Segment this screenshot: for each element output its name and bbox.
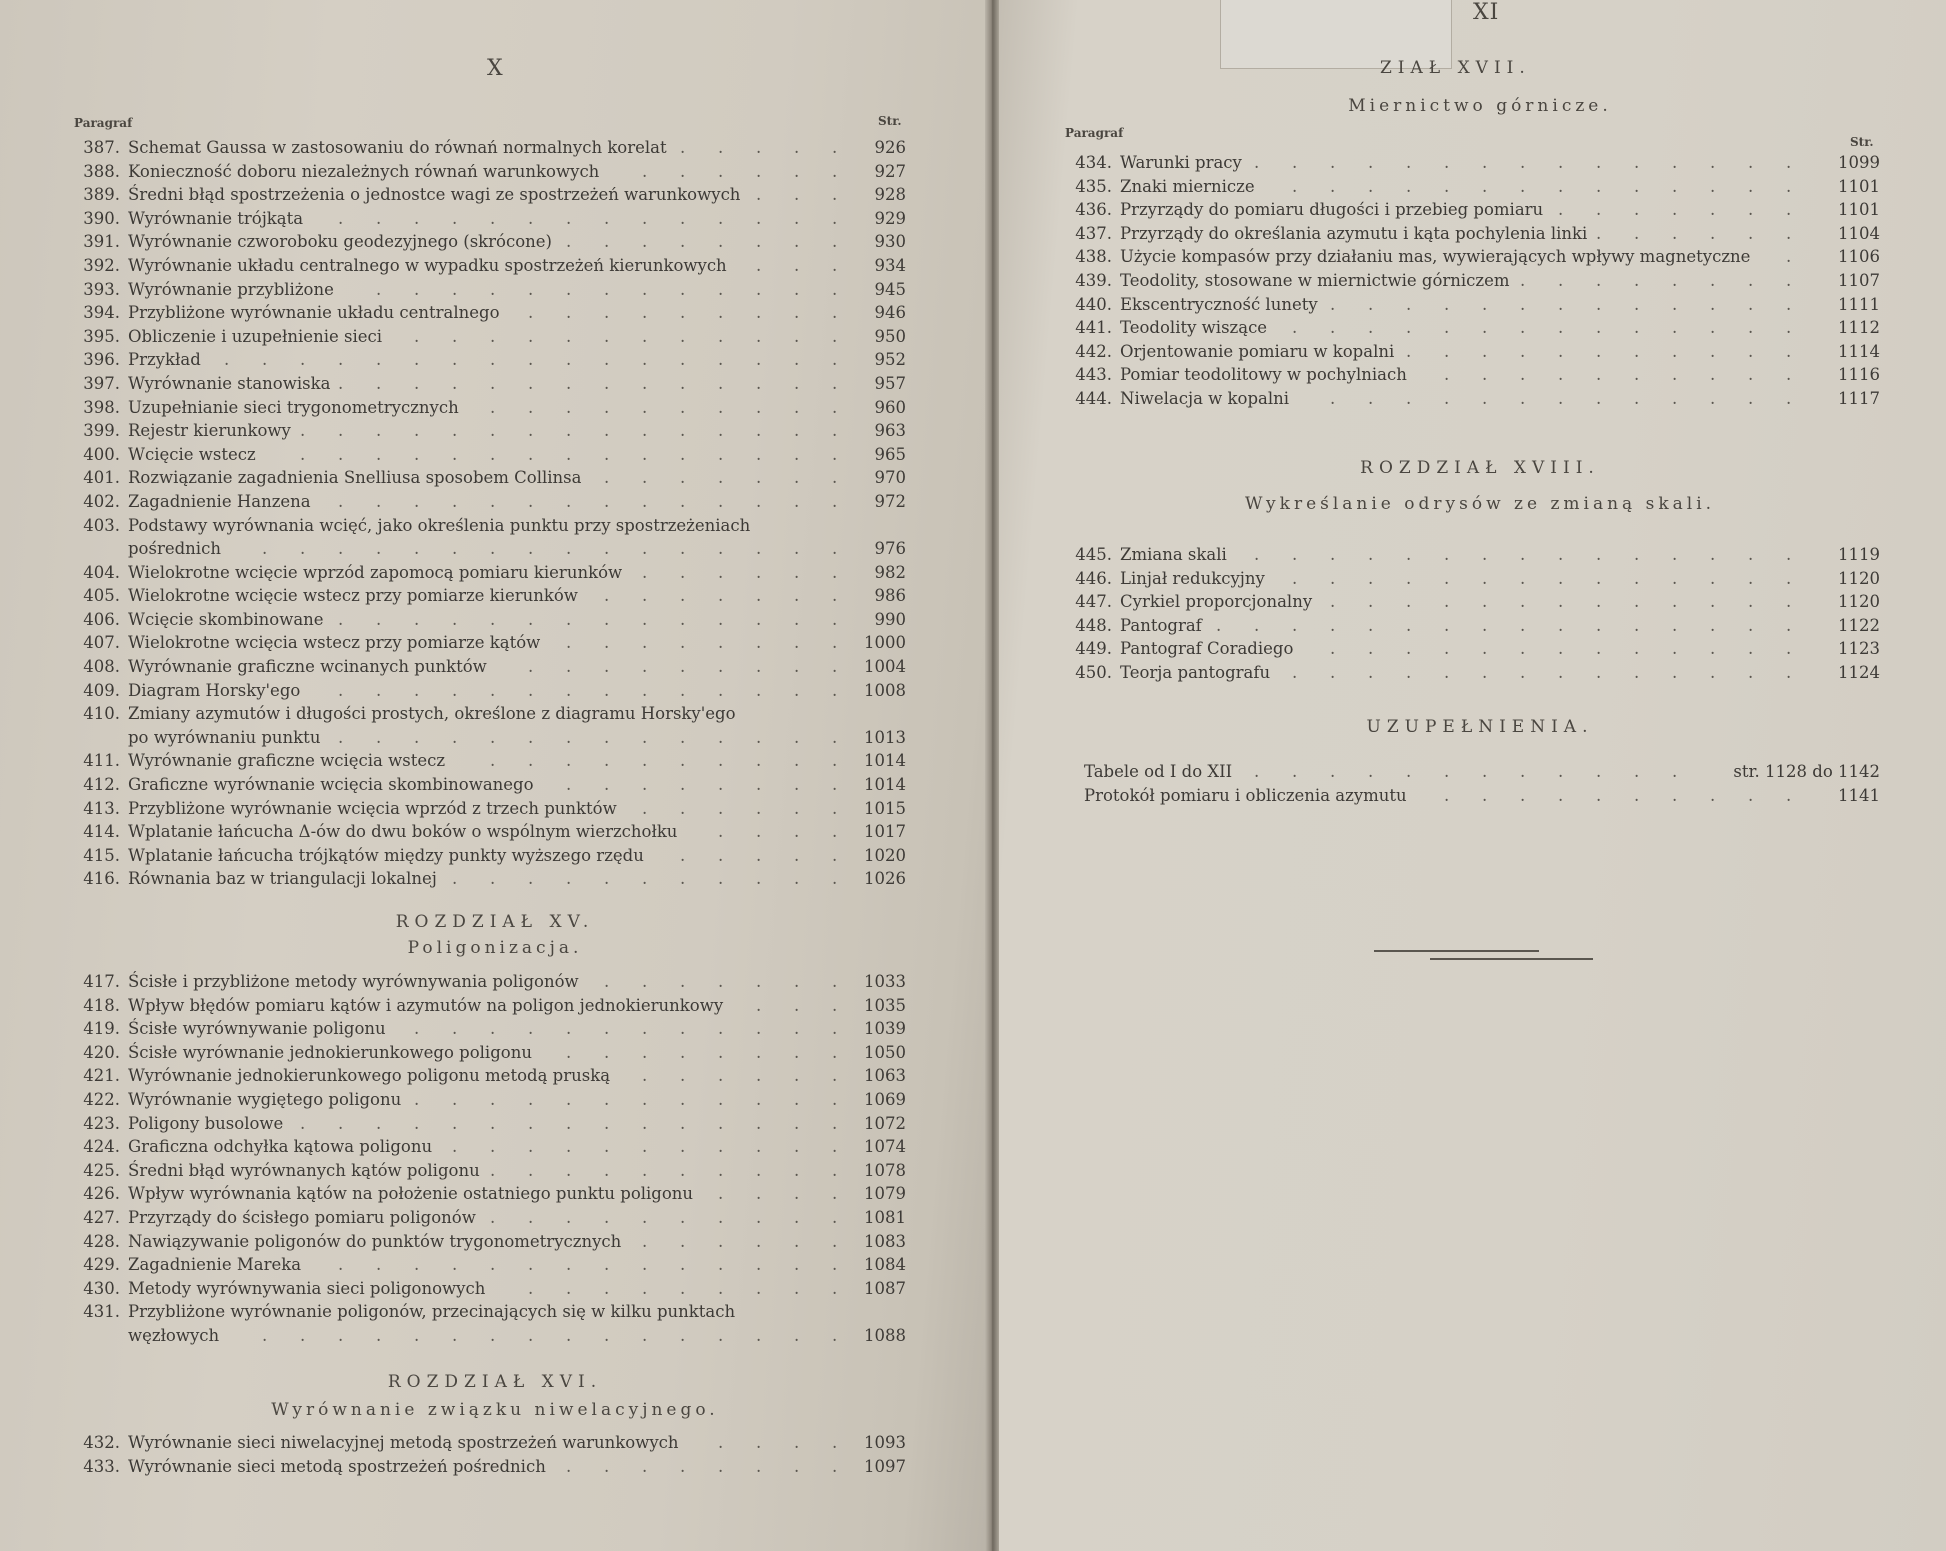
paragraph-number: 449. [1064,637,1112,661]
leader-dots: ...... [642,797,870,821]
paragraph-number: 440. [1064,293,1112,317]
toc-entry: 391.Wyrównanie czworoboku geodezyjnego (… [72,230,906,254]
paragraph-number: 403. [72,514,120,538]
leader-dots: .......... [490,1159,870,1183]
leader-dots: ..... [680,136,870,160]
page-number: 930 [846,230,906,254]
entry-title: Cyrkiel proporcjonalny [1120,590,1312,614]
paragraph-number: 422. [72,1088,120,1112]
entry-title: Teodolity, stosowane w miernictwie górni… [1120,269,1510,293]
page-number: 1013 [846,726,906,750]
toc-entry: 394.Przybliżone wyrównanie układu centra… [72,301,906,325]
page-number: 1124 [1820,661,1880,685]
toc-entry: 398.Uzupełnianie sieci trygonometrycznyc… [72,396,906,420]
entry-title: Wyrównanie graficzne wcinanych punktów [128,655,487,679]
toc-entry: 435.Znaki miernicze..............1101 [1064,175,1880,199]
divider-rule-top [1374,950,1539,952]
entry-title: Średni błąd wyrównanych kątów poligonu [128,1159,480,1183]
paragraph-number: 421. [72,1064,120,1088]
paragraph-number: 412. [72,773,120,797]
paragraph-number: 388. [72,160,120,184]
page-number: 1120 [1820,567,1880,591]
entry-title: Zagadnienie Mareka [128,1253,301,1277]
entry-title: Ścisłe wyrównywanie poligonu [128,1017,386,1041]
entry-title: Teodolity wiszące [1120,316,1267,340]
paragraph-number: 441. [1064,316,1112,340]
page-number: 927 [846,160,906,184]
entry-title: Ścisłe i przybliżone metody wyrównywania… [128,970,579,994]
leader-dots: ....... [604,970,870,994]
page-number: 1079 [846,1182,906,1206]
toc-entry: 400.Wcięcie wstecz...............965 [72,443,906,467]
toc-entry: 403.Podstawy wyrównania wcięć, jako okre… [72,514,906,538]
column-header-paragraph-right: Paragraf [1065,126,1123,140]
entry-title: Wyrównanie graficzne wcięcia wstecz [128,749,445,773]
toc-entry: 387.Schemat Gaussa w zastosowaniu do rów… [72,136,906,160]
toc-list-supplements: Tabele od I do XII............str. 1128 … [1064,760,1880,807]
page-number: 965 [846,443,906,467]
page-number: 1000 [846,631,906,655]
toc-entry: 424.Graficzna odchyłka kątowa poligonu..… [72,1135,906,1159]
page-number: 957 [846,372,906,396]
leader-dots: .............. [338,207,870,231]
toc-entry: 393.Wyrównanie przybliżone.............9… [72,278,906,302]
paragraph-number: 406. [72,608,120,632]
entry-title: Warunki pracy [1120,151,1242,175]
paragraph-number: 392. [72,254,120,278]
toc-entry: 418.Wpływ błędów pomiaru kątów i azymutó… [72,994,906,1018]
toc-entry: 413.Przybliżone wyrównanie wcięcia wprzó… [72,797,906,821]
toc-list-chapter-xv: 417.Ścisłe i przybliżone metody wyrównyw… [72,970,906,1348]
paragraph-number: 407. [72,631,120,655]
column-header-page-right: Str. [1850,135,1874,149]
toc-entry: 399.Rejestr kierunkowy...............963 [72,419,906,443]
column-header-page: Str. [878,114,902,128]
toc-list-chapter-xvi: 432.Wyrównanie sieci niwelacyjnej metodą… [72,1431,906,1478]
toc-entry: 407.Wielokrotne wcięcia wstecz przy pomi… [72,631,906,655]
leader-dots: ........ [566,1041,870,1065]
toc-entry: 450.Teorja pantografu..............1124 [1064,661,1880,685]
toc-entry: 390.Wyrównanie trójkąta..............929 [72,207,906,231]
toc-entry: 431.Przybliżone wyrównanie poligonów, pr… [72,1300,906,1324]
toc-entry: 411.Wyrównanie graficzne wcięcia wstecz.… [72,749,906,773]
entry-title: Wielokrotne wcięcie wprzód zapomocą pomi… [128,561,622,585]
paragraph-number: 435. [1064,175,1112,199]
paragraph-number: 444. [1064,387,1112,411]
paragraph-number: 434. [1064,151,1112,175]
page-number: 1020 [846,844,906,868]
page-number: 1017 [846,820,906,844]
entry-title: Przyrządy do ścisłego pomiaru poligonów [128,1206,476,1230]
toc-entry: 448.Pantograf................1122 [1064,614,1880,638]
leader-dots: .............. [338,726,870,750]
entry-title: Podstawy wyrównania wcięć, jako określen… [128,514,750,538]
entry-title: Przybliżone wyrównanie poligonów, przeci… [128,1300,735,1324]
paragraph-number: 395. [72,325,120,349]
leader-dots: ................. [224,348,870,372]
leader-dots: .............. [338,679,870,703]
page-number: 1084 [846,1253,906,1277]
toc-entry: 443.Pomiar teodolitowy w pochylniach....… [1064,363,1880,387]
entry-title: Poligony busolowe [128,1112,283,1136]
entry-title: Przybliżone wyrównanie układu centralneg… [128,301,500,325]
page-number: 1033 [846,970,906,994]
page-number: 1083 [846,1230,906,1254]
page-number: 1015 [846,797,906,821]
paragraph-number: 437. [1064,222,1112,246]
toc-entry: 414.Wplatanie łańcucha Δ-ów do dwu boków… [72,820,906,844]
leader-dots: .............. [338,490,870,514]
leader-dots: .......... [490,749,870,773]
page-number: 1014 [846,749,906,773]
entry-title: Wcięcie skombinowane [128,608,324,632]
page-number: 972 [846,490,906,514]
toc-entry: 425.Średni błąd wyrównanych kątów poligo… [72,1159,906,1183]
entry-title: Zagadnienie Hanzena [128,490,311,514]
page-number: 1074 [846,1135,906,1159]
leader-dots: ...... [642,561,870,585]
toc-entry: po wyrównaniu punktu..............1013 [72,726,906,750]
entry-title: Wyrównanie stanowiska [128,372,330,396]
toc-entry: 423.Poligony busolowe...............1072 [72,1112,906,1136]
entry-title: Przyrządy do pomiaru długości i przebieg… [1120,198,1543,222]
toc-entry: 405.Wielokrotne wcięcie wstecz przy pomi… [72,584,906,608]
toc-entry: 447.Cyrkiel proporcjonalny.............1… [1064,590,1880,614]
leader-dots: ................ [1216,614,1824,638]
entry-title: Rejestr kierunkowy [128,419,291,443]
leader-dots: ............... [300,419,870,443]
leader-dots: ................ [262,1324,870,1348]
page-number: 1008 [846,679,906,703]
toc-entry: 426.Wpływ wyrównania kątów na położenie … [72,1182,906,1206]
page-number: 928 [846,183,906,207]
page-number: 926 [846,136,906,160]
page-number: 945 [846,278,906,302]
toc-entry: 392.Wyrównanie układu centralnego w wypa… [72,254,906,278]
toc-entry: 430.Metody wyrównywania sieci poligonowy… [72,1277,906,1301]
paragraph-number: 397. [72,372,120,396]
page-number: 1101 [1820,198,1880,222]
page-number: 1063 [846,1064,906,1088]
paragraph-number: 450. [1064,661,1112,685]
entry-title: Pantograf [1120,614,1202,638]
page-number: 986 [846,584,906,608]
toc-entry: 417.Ścisłe i przybliżone metody wyrównyw… [72,970,906,994]
divider-rule-bottom [1430,958,1593,960]
paragraph-number: 402. [72,490,120,514]
paragraph-number: 417. [72,970,120,994]
paragraph-number: 447. [1064,590,1112,614]
leader-dots: ............. [1330,293,1824,317]
leader-dots: ......... [528,1277,870,1301]
leader-dots: ................ [262,537,870,561]
page-number: 1039 [846,1017,906,1041]
paragraph-number: 448. [1064,614,1112,638]
leader-dots: ...... [642,1230,870,1254]
entry-title: Wpływ błędów pomiaru kątów i azymutów na… [128,994,723,1018]
entry-title: Wyrównanie jednokierunkowego poligonu me… [128,1064,610,1088]
paragraph-number: 418. [72,994,120,1018]
page-number: 1026 [846,867,906,891]
entry-title: Przyrządy do określania azymutu i kąta p… [1120,222,1587,246]
leader-dots: ........... [452,1135,870,1159]
page-number: 1069 [846,1088,906,1112]
toc-list-chapter-xviii: 445.Zmiana skali...............1119446.L… [1064,543,1880,685]
paragraph-number: 432. [72,1431,120,1455]
leader-dots: ....... [1558,198,1824,222]
entry-title: Wcięcie wstecz [128,443,256,467]
paragraph-number: 398. [72,396,120,420]
column-header-paragraph: Paragraf [74,116,132,130]
toc-entry: 416.Równania baz w triangulacji lokalnej… [72,867,906,891]
leader-dots: ........... [452,867,870,891]
leader-dots: ............. [1330,637,1824,661]
entry-title: Obliczenie i uzupełnienie sieci [128,325,382,349]
leader-dots: ....... [604,466,870,490]
leader-dots: .............. [338,608,870,632]
toc-entry: 402.Zagadnienie Hanzena..............972 [72,490,906,514]
leader-dots: ............ [414,1017,870,1041]
entry-title: Ścisłe wyrównanie jednokierunkowego poli… [128,1041,532,1065]
toc-entry: 415.Wplatanie łańcucha trójkątów między … [72,844,906,868]
page-number: 1141 [1680,784,1880,808]
leader-dots: ........ [566,631,870,655]
toc-list-chapter-xiv: 387.Schemat Gaussa w zastosowaniu do rów… [72,136,906,891]
page-number: 976 [846,537,906,561]
paragraph-number: 390. [72,207,120,231]
leader-dots: ............ [414,1088,870,1112]
leader-dots: .............. [1292,175,1824,199]
toc-entry: 446.Linjał redukcyjny..............1120 [1064,567,1880,591]
page-number: 1106 [1820,245,1880,269]
chapter-heading-xv: ROZDZIAŁ XV. [190,912,800,932]
entry-title: Protokół pomiaru i obliczenia azymutu [1084,784,1407,808]
toc-entry: 396.Przykład.................952 [72,348,906,372]
paragraph-number: 415. [72,844,120,868]
leader-dots: .............. [1292,316,1824,340]
paragraph-number: 430. [72,1277,120,1301]
page-number: 1081 [846,1206,906,1230]
paragraph-number: 436. [1064,198,1112,222]
supplements-heading: UZUPEŁNIENIA. [1150,717,1810,737]
paragraph-number: 416. [72,867,120,891]
entry-title-continued: pośrednich [128,537,221,561]
book-gutter [985,0,999,1551]
chapter-heading-xviii: ROZDZIAŁ XVIII. [1150,458,1810,478]
paragraph-number: 408. [72,655,120,679]
page-number: 1072 [846,1112,906,1136]
paragraph-number: 424. [72,1135,120,1159]
paragraph-number: 405. [72,584,120,608]
paragraph-number: 439. [1064,269,1112,293]
toc-entry: 437.Przyrządy do określania azymutu i ką… [1064,222,1880,246]
leader-dots: .............. [1292,661,1824,685]
entry-title: Średni błąd spostrzeżenia o jednostce wa… [128,183,740,207]
entry-title: Tabele od I do XII [1084,760,1232,784]
toc-entry: 388.Konieczność doboru niezależnych równ… [72,160,906,184]
leader-dots: .............. [338,372,870,396]
page-number: 1119 [1820,543,1880,567]
toc-list-chapter-xvii: 434.Warunki pracy...............1099435.… [1064,151,1880,411]
page-number: 1088 [846,1324,906,1348]
toc-entry: 434.Warunki pracy...............1099 [1064,151,1880,175]
entry-title: Wplatanie łańcucha Δ-ów do dwu boków o w… [128,820,677,844]
entry-title: Metody wyrównywania sieci poligonowych [128,1277,485,1301]
paragraph-number: 393. [72,278,120,302]
leader-dots: .......... [1444,363,1824,387]
chapter-subtitle-xv: Poligonizacja. [190,938,800,958]
leader-dots: ........ [566,230,870,254]
toc-entry: 442.Orjentowanie pomiaru w kopalni......… [1064,340,1880,364]
entry-title: Ekscentryczność lunety [1120,293,1318,317]
page-number: 1112 [1820,316,1880,340]
paragraph-number: 411. [72,749,120,773]
entry-title: Pantograf Coradiego [1120,637,1293,661]
toc-entry: 433.Wyrównanie sieci metodą spostrzeżeń … [72,1455,906,1479]
leader-dots: ......... [528,301,870,325]
toc-entry: 438.Użycie kompasów przy działaniu mas, … [1064,245,1880,269]
toc-entry: Protokół pomiaru i obliczenia azymutu...… [1064,784,1880,808]
toc-entry: 397.Wyrównanie stanowiska..............9… [72,372,906,396]
entry-title: Wyrównanie sieci niwelacyjnej metodą spo… [128,1431,679,1455]
paragraph-number: 396. [72,348,120,372]
leader-dots: ............. [1330,590,1824,614]
page-number: str. 1128 do 1142 [1680,760,1880,784]
toc-entry: pośrednich................976 [72,537,906,561]
chapter-subtitle-xvi: Wyrównanie związku niwelacyjnego. [190,1400,800,1420]
entry-title: Konieczność doboru niezależnych równań w… [128,160,599,184]
chapter-heading-xvii: ZIAŁ XVII. [1380,58,1680,78]
paragraph-number: 428. [72,1230,120,1254]
page-number: 1078 [846,1159,906,1183]
page-number: 946 [846,301,906,325]
leader-dots: ........... [1406,340,1824,364]
page-number: 990 [846,608,906,632]
toc-entry: węzłowych................1088 [72,1324,906,1348]
entry-title: Znaki miernicze [1120,175,1255,199]
toc-entry: 395.Obliczenie i uzupełnienie sieci.....… [72,325,906,349]
page-number: 952 [846,348,906,372]
entry-title: Przybliżone wyrównanie wcięcia wprzód z … [128,797,617,821]
leader-dots: ............... [300,1112,870,1136]
toc-entry: 445.Zmiana skali...............1119 [1064,543,1880,567]
page-number: 982 [846,561,906,585]
toc-entry: 441.Teodolity wiszące..............1112 [1064,316,1880,340]
toc-entry: Tabele od I do XII............str. 1128 … [1064,760,1880,784]
toc-entry: 422.Wyrównanie wygiętego poligonu.......… [72,1088,906,1112]
page-number: 963 [846,419,906,443]
toc-entry: 410.Zmiany azymutów i długości prostych,… [72,702,906,726]
page-folio-right: XI [1473,0,1499,25]
paragraph-number: 387. [72,136,120,160]
page-number: 934 [846,254,906,278]
entry-title: Uzupełnianie sieci trygonometrycznych [128,396,459,420]
entry-title: Orjentowanie pomiaru w kopalni [1120,340,1394,364]
leader-dots: ......... [528,655,870,679]
leader-dots: ....... [604,584,870,608]
page-folio-left: X [487,56,504,81]
page-number: 1050 [846,1041,906,1065]
entry-title: Teorja pantografu [1120,661,1270,685]
paragraph-number: 419. [72,1017,120,1041]
toc-entry: 439.Teodolity, stosowane w miernictwie g… [1064,269,1880,293]
page-number: 1117 [1820,387,1880,411]
paragraph-number: 400. [72,443,120,467]
entry-title: Wyrównanie układu centralnego w wypadku … [128,254,727,278]
entry-title: Zmiana skali [1120,543,1227,567]
leader-dots: ........ [566,773,870,797]
leader-dots: ............ [1254,760,1710,784]
entry-title: Przykład [128,348,201,372]
toc-entry: 412.Graficzne wyrównanie wcięcia skombin… [72,773,906,797]
leader-dots: ...... [642,160,870,184]
leader-dots: ............ [414,325,870,349]
page-number: 1087 [846,1277,906,1301]
page-number: 1111 [1820,293,1880,317]
entry-title: Diagram Horsky'ego [128,679,300,703]
chapter-subtitle-xvii: Miernictwo górnicze. [1150,96,1810,116]
paragraph-number: 425. [72,1159,120,1183]
toc-entry: 409.Diagram Horsky'ego..............1008 [72,679,906,703]
paragraph-number: 442. [1064,340,1112,364]
page-number: 1116 [1820,363,1880,387]
toc-entry: 406.Wcięcie skombinowane..............99… [72,608,906,632]
entry-title: Wpływ wyrównania kątów na położenie osta… [128,1182,693,1206]
entry-title-continued: węzłowych [128,1324,219,1348]
leader-dots: ........ [1520,269,1824,293]
paragraph-number: 427. [72,1206,120,1230]
page-number: 1107 [1820,269,1880,293]
paragraph-number: 394. [72,301,120,325]
leader-dots: ............... [1254,543,1824,567]
paragraph-number: 401. [72,466,120,490]
paragraph-number: 399. [72,419,120,443]
paragraph-number: 414. [72,820,120,844]
entry-title: Zmiany azymutów i długości prostych, okr… [128,702,736,726]
entry-title: Wielokrotne wcięcie wstecz przy pomiarze… [128,584,578,608]
page-number: 1122 [1820,614,1880,638]
entry-title: Wyrównanie czworoboku geodezyjnego (skró… [128,230,552,254]
page-number: 1004 [846,655,906,679]
paragraph-number: 420. [72,1041,120,1065]
toc-entry: 428.Nawiązywanie poligonów do punktów tr… [72,1230,906,1254]
entry-title: Wyrównanie wygiętego poligonu [128,1088,401,1112]
leader-dots: ...... [642,1064,870,1088]
toc-entry: 401.Rozwiązanie zagadnienia Snelliusa sp… [72,466,906,490]
leader-dots: .............. [1292,567,1824,591]
leader-dots: ............. [376,278,870,302]
page-number: 1099 [1820,151,1880,175]
page-number: 1097 [846,1455,906,1479]
leader-dots: ........ [566,1455,870,1479]
paragraph-number: 443. [1064,363,1112,387]
toc-entry: 427.Przyrządy do ścisłego pomiaru poligo… [72,1206,906,1230]
toc-entry: 429.Zagadnienie Mareka..............1084 [72,1253,906,1277]
entry-title: Nawiązywanie poligonów do punktów trygon… [128,1230,621,1254]
paragraph-number: 389. [72,183,120,207]
page-number: 1101 [1820,175,1880,199]
page-number: 970 [846,466,906,490]
leader-dots: .............. [338,1253,870,1277]
page-number: 1104 [1820,222,1880,246]
page-number: 1120 [1820,590,1880,614]
paragraph-number: 433. [72,1455,120,1479]
entry-title: Niwelacja w kopalni [1120,387,1289,411]
entry-title: Schemat Gaussa w zastosowaniu do równań … [128,136,667,160]
page-number: 1123 [1820,637,1880,661]
paragraph-number: 423. [72,1112,120,1136]
entry-title: Graficzna odchyłka kątowa poligonu [128,1135,432,1159]
